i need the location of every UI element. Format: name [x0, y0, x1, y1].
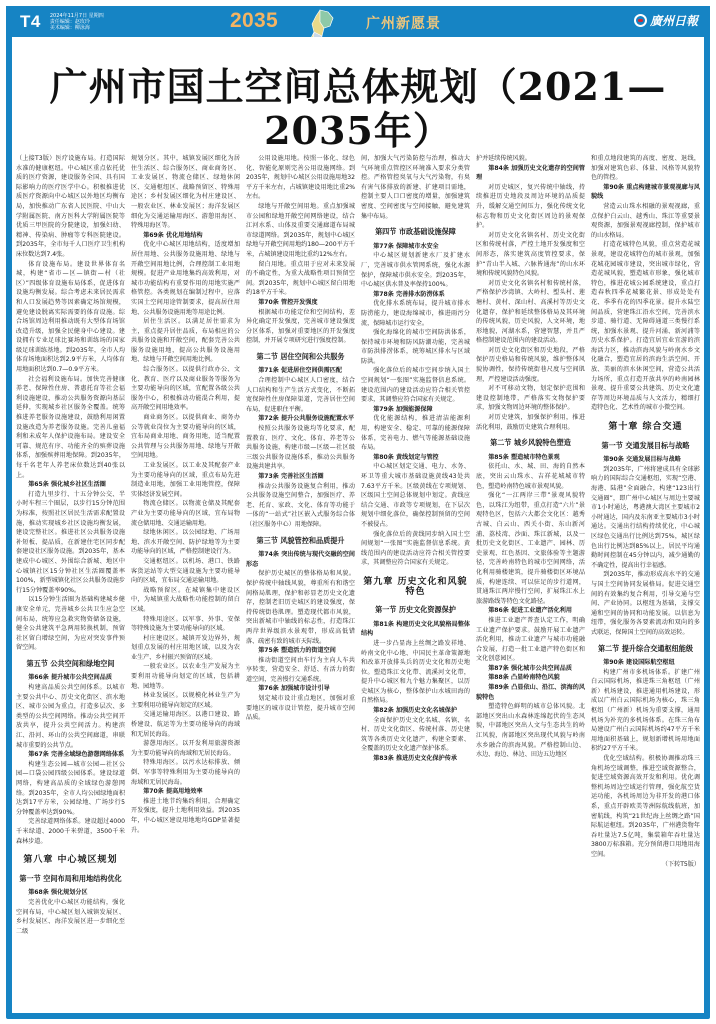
paragraph: 完善绿道网络体系。建设超过4000千米绿道、2000千米碧道，3500千米森林步…: [16, 817, 125, 846]
paragraph: 对历史城区，复兴传统中轴线，持续推进历史地段及周边环境的品质提升，缓解交通空间压…: [476, 183, 585, 231]
paragraph: 营造云山珠水相融的景观视廊，重点保护白云山、越秀山、珠江等重要景观资源，加强景观…: [591, 202, 700, 240]
paragraph: 对历史文化名镇名村和传统村落，严格保护沙湾镇、大岭村、塱头村、莲塘村、黄村、深山…: [476, 279, 585, 346]
paragraph: 对历史建筑，加强保护利用，推进活化利用，鼓励历史建筑合理利用。: [476, 413, 585, 432]
section-heading: 第五节 公共空间和绿地空间: [16, 659, 125, 669]
article-clause-title: 第68条 强化规划分区: [16, 888, 125, 898]
paragraph: 以15分钟生活圈为基础构建城乡健康安全单元，完善城乡公共卫生应急空间布局，统筹应…: [16, 595, 125, 653]
paragraph: （上接T3版）医疗设施布局。打造国际水准的健康枢纽。中心城区重点依托优质的医疗资…: [16, 154, 125, 260]
paragraph: 划定城市设计重点地区，加强对重要地区的城市设计管控，提升城市空间品质。: [246, 694, 355, 723]
year-badge: 2035: [230, 9, 278, 33]
article-clause-title: 第75条 塑造活力的街道空间: [246, 646, 355, 656]
paragraph: 构建高品质公共空间体系。以城市主要公共中心、历史文化街区、滨水地区、城市公园为重…: [16, 683, 125, 750]
section-heading: 第一节 交通发展目标与战略: [591, 441, 700, 451]
paragraph: 合理控制中心城区人口密度，结合人口结构和生产生活方式变化，不断拓宽保障性住房保障…: [246, 376, 355, 414]
paragraph: 对历史文化名镇名村、历史文化街区和传统村落，严控土地开发强度和空间形态，落实建筑…: [476, 231, 585, 279]
section-heading: 第二节 城乡风貌特色塑造: [476, 438, 585, 448]
paragraph: 对历史文化街区和历史地段，严格保护历史格局和传统风貌，维护整体风貌协调性，保持传…: [476, 346, 585, 384]
paragraph: 打造九里步行、十五分钟公交、半小时车程三个圈层，以步行15分钟范围为标准，按照社…: [16, 490, 125, 596]
article-clause-title: 第74条 突出传统与现代交融的空间形态: [246, 550, 355, 569]
newspaper-name: 廣州日報: [650, 12, 698, 29]
article-clause-title: 第90条 交通发展目标与战略: [591, 455, 700, 465]
paragraph: 公用设施用地。按照一体化、绿色化、智能化原则完善公用设施网络。到2035年，规划…: [246, 154, 355, 202]
paragraph: 留白用地。重点用于应对未来发展的不确定性，为重大战略性项目预留空间。到2035年…: [246, 260, 355, 298]
paragraph: 保护历史城区的整体格局和风貌。保护传统中轴线风貌，尊重所有和谐空间格局肌理，保护…: [246, 569, 355, 646]
article-clause-title: 第86条 促进工业遗产活化利用: [476, 606, 585, 616]
article-clause-title: 第70条 提高用地效率: [131, 787, 240, 797]
section-heading: 第四节 市政基础设施保障: [361, 227, 470, 237]
article-clause-title: 第81条 构建历史文化风貌格局整体结构: [361, 620, 470, 639]
article-column-5: 护并延续传统风貌。第84条 加强历史文化遗存的空间管理对历史城区，复兴传统中轴线…: [476, 154, 585, 1006]
art-editor-credit: 美术编辑：柳泳海: [50, 25, 104, 31]
paragraph: 体育设施布局。建设世界体育名城，构建“省市—区—镇街—村（社区）”四级体育设施布…: [16, 260, 125, 375]
article-clause-title: 第73条 完善社区生活圈: [246, 472, 355, 482]
paragraph: 强化海绵化的城市空间防洪体系，保持城市环境和防风防潮功能，完善城市防洪排涝体系，…: [361, 328, 470, 366]
paragraph: 优化能源结构，推进清洁能源利用，构建安全、稳定、可靠的能源保障体系，完善电力、燃…: [361, 414, 470, 452]
paragraph: 和重点地段建筑的高度、密度、退线，加强对建筑色彩、体量、风格等风貌特色的管控。: [591, 154, 700, 183]
article-clause-title: 第90条 重点构建城市景观视廊与风貌线: [591, 183, 700, 202]
paragraph: 打造花城特色风貌，重点营造花城景观，建设花城特色的城市景观，加强花城花园城市建设…: [591, 240, 700, 413]
paragraph: 绿地休闲区。以公园绿地、广场用地、滨水开敞空间、防护绿地等为主要功能导向的区域，…: [131, 528, 240, 557]
publish-date: 2024年11月7日 星期四: [50, 13, 104, 19]
article-column-2: 规划分区。其中，城镇发展区细化为居住生活区、综合服务区、商业商务区、工业发展区、…: [131, 154, 240, 1006]
newspaper-logo: 廣州日報: [634, 12, 698, 29]
paragraph: 一般农业区。以农业生产发展为主要利用功能导向划定的区域，包括耕地、园地等。: [131, 662, 240, 691]
paragraph: 推动街道空间由车行为主向人车共享转变，营造安全、舒适、有活力的街道空间，完善慢行…: [246, 656, 355, 685]
article-column-3: 公用设施用地。按照一体化、绿色化、智能化原则完善公用设施网络。到2035年，规划…: [246, 154, 355, 1006]
paragraph: 间，加强大气污染防控与治理，推动大气环境重点管控区环境准入要求分类管控。严格管控…: [361, 154, 470, 221]
newspaper-logo-icon: [634, 14, 647, 27]
article-columns: （上接T3版）医疗设施布局。打造国际水准的健康枢纽。中心城区重点依托优质的医疗资…: [16, 154, 700, 1006]
article-clause-title: 第66条 提升城市公共空间品质: [16, 673, 125, 683]
paragraph: 工业发展区。以工业及其配套产业为主要功能导向的区域，重点布局先进制造业用地，加强…: [131, 461, 240, 499]
paragraph: 推动公共服务设施复合利用，推动公共服务设施空间整合，加强医疗、养老、托育、家政、…: [246, 482, 355, 530]
chapter-heading: 第九章 历史文化和风貌特色: [361, 578, 470, 597]
paragraph: 特殊用途区。以军事、外事、安保等特殊设施为主要功能导向的区域。: [131, 615, 240, 634]
continued-note: （下转T5版）: [591, 860, 700, 870]
paragraph: 中心城区规划新建水厂及扩建水厂，完善城市供水管网系统，强化水源保护，保障城市供水…: [361, 251, 470, 289]
paragraph: 战略预留区。在城镇集中建设区中，为城镇重大战略性功能控制的留白区域。: [131, 586, 240, 615]
paragraph: 对不可移动文物，划定保护范围和建设控制地带，严格落实文物保护要求，加强文物周边环…: [476, 384, 585, 413]
masthead: T4 2024年11月7日 星期四 责任编辑：赵玫玲 美术编辑：柳泳海 2035…: [6, 6, 710, 37]
paragraph: 构建生态公园—城市公园—社区公园—口袋公园四级公园体系。建设绿道网络，构建高品质…: [16, 760, 125, 818]
article-clause-title: 第80条 黄线划定与管控: [361, 453, 470, 463]
paragraph: 根据城市功能定位和空间结构，差异化确定开发强度，完善城市建设强度分区体系，加强对…: [246, 308, 355, 346]
paragraph: 中心城区划定交通、电力、水务、环卫等重大城市基础设施黄线43处共7.63平方千米…: [361, 462, 470, 529]
section-heading: 第二节 居住空间和公共服务: [246, 352, 355, 362]
article-column-1: （上接T3版）医疗设施布局。打造国际水准的健康枢纽。中心城区重点依托优质的医疗资…: [16, 154, 125, 1006]
paragraph: 绿地与开敞空间用地。重点加强城市公园和绿地开敞空间网络建设，结合江河水系、山体及…: [246, 202, 355, 260]
article-clause-title: 第82条 加强历史文化名城保护: [361, 706, 470, 716]
article-clause-title: 第70条 管控开发强度: [246, 298, 355, 308]
section-title: 广州新愿景: [366, 13, 441, 33]
article-clause-title: 第77条 保障城市水安全: [361, 242, 470, 252]
paragraph: 到2035年，广州将建成具有全球影响力的国际综合交通枢纽，实现“空港、海港、陆港…: [591, 465, 700, 571]
paragraph: 交通运输用海区。以港口建设、路桥建设、航运等为主要功能导向的海域和无居民海岛。: [131, 710, 240, 739]
article-clause-title: 第71条 促进居住空间供需匹配: [246, 366, 355, 376]
section-heading: 第一节 空间布局和用地结构优化: [16, 874, 125, 884]
paragraph: 进一步凸显海上丝绸之路发祥地、岭南文化中心地、中国民主革命策源地和改革开放排头兵…: [361, 639, 470, 706]
paragraph: 优化空域结构。积极协调推动珠三角机场空域调整，推进空域资源整合，促进空域资源高效…: [591, 754, 700, 860]
section-heading: 第二节 提升综合交通枢纽能级: [591, 644, 700, 654]
paragraph: 塑造特色鲜明的城市总体风貌。北部地区突出山水森林连绵起伏的生态风貌，中部地区突出…: [476, 702, 585, 760]
paragraph: 推进工业遗产普查认定工作，明确工业遗产保护要求。鼓励开展工业遗产活化利用，推动工…: [476, 616, 585, 664]
paragraph: 综合服务区。以提供行政办公、文化、教育、医疗以及商业服务等服务为主要功能导向的区…: [131, 365, 240, 413]
paragraph: 完善优化中心城区功能结构，强化空间布局，中心城区划入城镇发展区、乡村发展区、海洋…: [16, 898, 125, 936]
article-clause-title: 第87条 强化城市公共空间品质: [476, 664, 585, 674]
article-clause-title: 第72条 提升公共服务设施配置水平: [246, 414, 355, 424]
paragraph: 居住生活区。以满足居住需求为主，重点提升居住品质，布局相应的公共服务设施和开敞空…: [131, 317, 240, 365]
article-clause-title: 第67条 完善全域绿色游憩网络体系: [16, 750, 125, 760]
chapter-heading: 第十章 综合交通: [591, 423, 700, 433]
section-heading: 第三节 风貌管控和品质提升: [246, 536, 355, 546]
paragraph: 优化排水系统布局，提升城市排水防涝能力，建设海绵城市，推进雨污分流，保障城市运行…: [361, 299, 470, 328]
paragraph: 游憩用海区。以开发利用旅游资源为主要功能导向的海域和无居民海岛。: [131, 739, 240, 758]
article-clause-title: 第85条 塑造城市特色景观: [476, 453, 585, 463]
paragraph: 交通枢纽区。以机场、港口、铁路客货运站等大型交通设施为主要功能导向的区域，宜布局…: [131, 557, 240, 586]
article-clause-title: 第84条 加强历史文化遗存的空间管理: [476, 164, 585, 183]
paragraph: 物流仓储区。以物流仓储及其配套产业为主要功能导向的区域，宜布局物流仓储用地、交通…: [131, 499, 240, 528]
paragraph: 构建广州市多机场体系。扩建广州白云国际机场，推进珠三角枢纽（广州新）机场建设，推…: [591, 668, 700, 754]
paragraph: 社会福利设施布局。加快完善健康养老、保障性住房、普惠托育等社会福利设施建设，推动…: [16, 375, 125, 481]
article-clause-title: 第88条 凸显岭南特色风貌: [476, 673, 585, 683]
article-clause-title: 第69条 优化用地结构: [131, 231, 240, 241]
paragraph: 强化落位后的城市空间步纳入国土空间规划“一张图”实施监督信息系统。建设范围内的建…: [361, 366, 470, 404]
paragraph: 林业发展区。以规模化林业生产为主要利用功能导向划定的区域。: [131, 691, 240, 710]
article-clause-title: 第79条 加强能源保障: [361, 405, 470, 415]
article-clause-title: 第89条 凸显依山、沿江、滨海的风貌特色: [476, 683, 585, 702]
article-clause-title: 第65条 强化城乡社区生活圈: [16, 480, 125, 490]
paragraph: 到2035年，推动形成高水平的交通与国土空间协同发展格局。促进交通空间的有效集约…: [591, 570, 700, 637]
paragraph: 护并延续传统风貌。: [476, 154, 585, 164]
article-clause-title: 第78条 完善排水防涝体系: [361, 290, 470, 300]
paragraph: 强化“一江两岸三带”景观风貌特色，以珠江为纽带，重点打造“六片”景观特色区，包括…: [476, 491, 585, 606]
paragraph: 优化中心城区用地结构，适度增加居住用地、公共服务设施用地、绿地与开敞空间用地比例…: [131, 240, 240, 317]
article-column-6: 和重点地段建筑的高度、密度、退线，加强对建筑色彩、体量、风格等风貌特色的管控。第…: [591, 154, 700, 1006]
article-area: 广州市国土空间总体规划（2021—2035年） （上接T3版）医疗设施布局。打造…: [12, 37, 704, 1013]
paragraph: 依托山、水、城、田、海的自然本底，突出云山珠水、吉祥花城城市特色，塑造岭南特色城…: [476, 462, 585, 491]
article-clause-title: 第90条 建设国际航空枢纽: [591, 658, 700, 668]
article-column-4: 间，加强大气污染防控与治理，推动大气环境重点管控区环境准入要求分类管控。严格管控…: [361, 154, 470, 1006]
paragraph: 商业商务区。以提供商业、商务办公等就业岗位为主要功能导向的区域，宜布局商业用地、…: [131, 413, 240, 461]
article-clause-title: 第76条 加强城市设计引导: [246, 684, 355, 694]
chapter-heading: 第八章 中心城区规划: [16, 856, 125, 866]
paragraph: 按照公共服务设施均等化要求，配置教育、医疗、文化、体育、养老等公共服务设施，构建…: [246, 424, 355, 472]
page-number: T4: [20, 12, 41, 32]
section-heading: 第一节 历史文化资源保护: [361, 605, 470, 615]
page-meta: 2024年11月7日 星期四 责任编辑：赵玫玲 美术编辑：柳泳海: [50, 13, 104, 31]
paragraph: 全面保护历史文化名城、名镇、名村、历史文化街区、传统村落、历史建筑等各类历史文化…: [361, 716, 470, 754]
paragraph: 规划分区。其中，城镇发展区细化为居住生活区、综合服务区、商业商务区、工业发展区、…: [131, 154, 240, 231]
paragraph: 村庄建设区。城镇开发边界外，规划重点发展的村庄用地区域，以及为农业生产、乡村振兴…: [131, 634, 240, 663]
article-clause-title: 第83条 推进历史文化保护传承: [361, 754, 470, 764]
paragraph: 推进土地节约集约利用，合理确定开发强度，提升土地利用效益。到2035年，中心城区…: [131, 797, 240, 835]
paragraph: 强化落位后的黄线同步纳入国土空间规划“一张图”实施监督信息系统。黄线范围内的建设…: [361, 530, 470, 568]
paragraph: 特殊用海区。以污水达标排放、倾倒、军事等特殊利用为主要功能导向的海域和无居民海岛…: [131, 758, 240, 787]
headline: 广州市国土空间总体规划（2021—2035年）: [12, 65, 704, 153]
